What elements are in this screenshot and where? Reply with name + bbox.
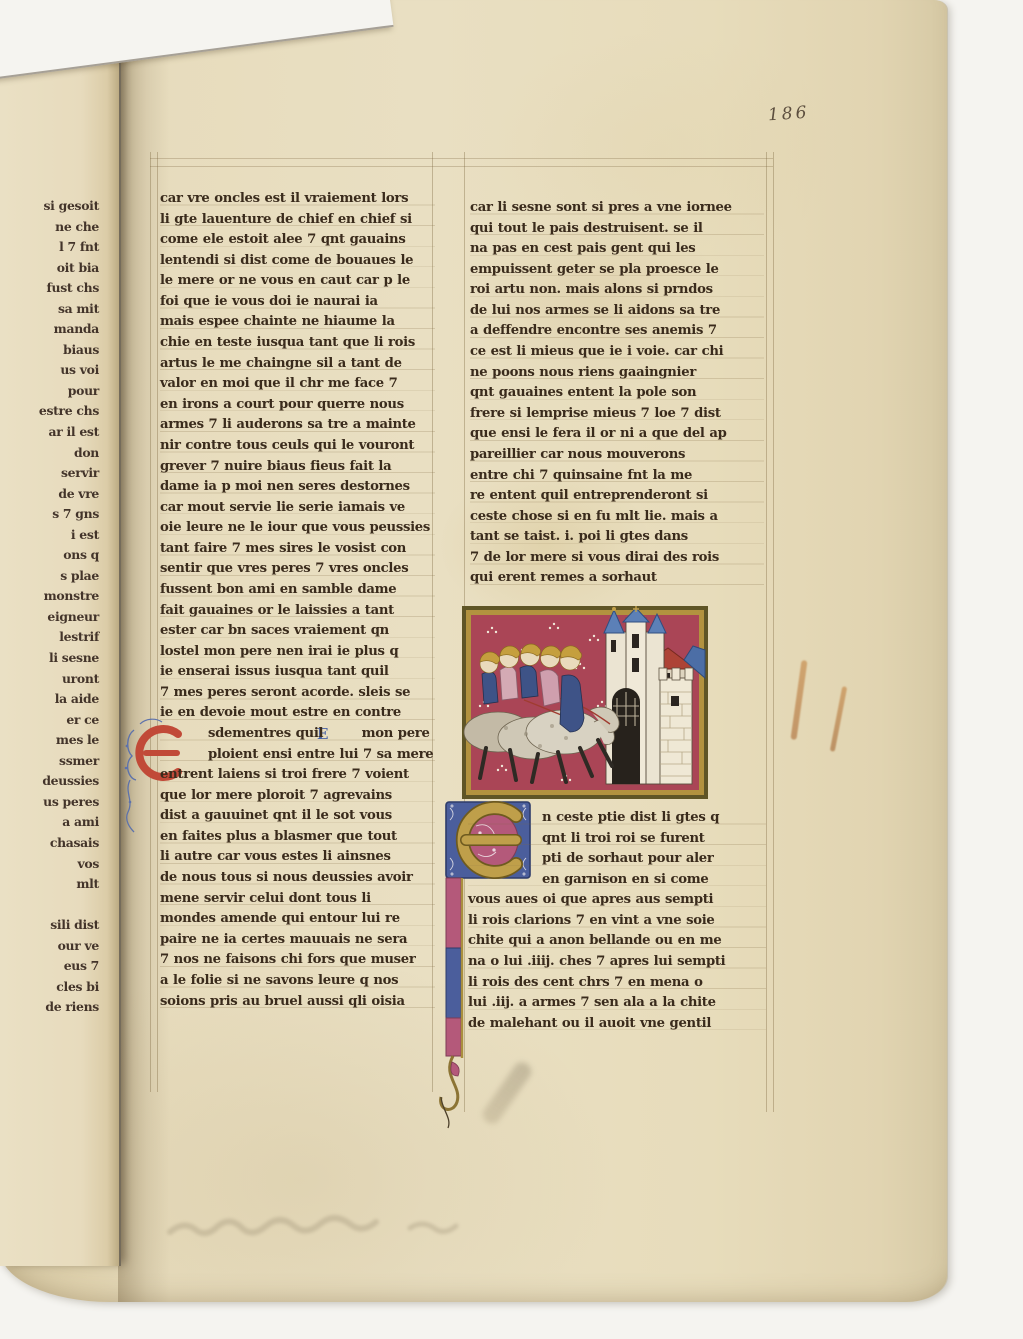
text-fragment: s 7 gns <box>0 504 112 525</box>
text-line: roi artu non. mais alons si prndos <box>470 280 764 301</box>
column-2-upper-text: car li sesne sont si pres a vne iorneequ… <box>470 198 764 589</box>
text-line: soions pris au bruel aussi qli oisia <box>160 992 435 1013</box>
text-line: qnt li troi roi se furent <box>468 829 766 850</box>
folio-number: 186 <box>767 103 810 126</box>
text-line: n ceste ptie dist li gtes q <box>468 808 766 829</box>
text-line: li autre car vous estes li ainsnes <box>160 847 435 868</box>
text-line: de lui nos armes se li aidons sa tre <box>470 301 764 322</box>
text-line: 7 de lor mere si vous dirai des rois <box>470 548 764 569</box>
text-fragment: biaus <box>0 340 112 361</box>
text-fragment: us voi <box>0 360 112 381</box>
text-fragment: lestrif <box>0 627 112 648</box>
text-line: ceste chose si en fu mlt lie. mais a <box>470 507 764 528</box>
text-fragment: estre chs <box>0 401 112 422</box>
crenellated-tower <box>659 668 693 784</box>
text-fragment: ar il est <box>0 422 112 443</box>
text-line: en irons a court pour querre nous <box>160 395 435 416</box>
text-line: empuissent geter se pla proesce le <box>470 260 764 281</box>
text-line: mene servir celui dont tous li <box>160 889 435 910</box>
text-line: valor en moi que il chr me face 7 <box>160 374 435 395</box>
text-fragment: de riens <box>0 997 112 1018</box>
text-fragment: ne che <box>0 217 112 238</box>
miniature-riders-castle <box>462 606 708 799</box>
text-fragment: sa mit <box>0 299 112 320</box>
column-2-lower-text: n ceste ptie dist li gtes qqnt li troi r… <box>468 808 766 1034</box>
text-line: lui .iij. a armes 7 sen ala a la chite <box>468 993 766 1014</box>
text-fragment: s plae <box>0 566 112 587</box>
text-line: 7 mes peres seront acorde. sleis se <box>160 683 435 704</box>
text-line: ce est li mieus que ie i voie. car chi <box>470 342 764 363</box>
text-line: qui tout le pais destruisent. se il <box>470 219 764 240</box>
text-line: car mout servie lie serie iamais ve <box>160 498 435 519</box>
text-fragment: don <box>0 443 112 464</box>
previous-folio-edge: si gesoitne chel 7 fntoit biafust chssa … <box>0 40 121 1266</box>
text-line: li rois des cent chrs 7 en mena o <box>468 973 766 994</box>
text-line: lentendi si dist come de bouaues le <box>160 251 435 272</box>
text-line: entrent laiens si troi frere 7 voient <box>160 765 435 786</box>
text-fragment: chasais <box>0 833 112 854</box>
previous-folio-text-fragments: si gesoitne chel 7 fntoit biafust chssa … <box>0 196 112 1018</box>
text-line: qnt gauaines entent la pole son <box>470 383 764 404</box>
text-line: nir contre tous ceuls qui le vouront <box>160 436 435 457</box>
text-fragment: la aide <box>0 689 112 710</box>
text-line: qui erent remes a sorhaut <box>470 568 764 589</box>
text-line: car li sesne sont si pres a vne iornee <box>470 198 764 219</box>
text-fragment: manda <box>0 319 112 340</box>
text-line: ploient ensi entre lui 7 sa mere <box>160 745 435 766</box>
text-line: paire ne ia certes mauuais ne sera <box>160 930 435 951</box>
text-line: le mere or ne vous en caut car p le <box>160 271 435 292</box>
text-line: fussent bon ami en samble dame <box>160 580 435 601</box>
text-line: re entent quil entreprenderont si <box>470 486 764 507</box>
ruling-line <box>150 166 773 167</box>
text-line: en garnison en si come <box>468 870 766 891</box>
text-fragment: eigneur <box>0 607 112 628</box>
text-fragment: us peres <box>0 792 112 813</box>
text-fragment: ssmer <box>0 751 112 772</box>
text-fragment: ons q <box>0 545 112 566</box>
text-fragment: eus 7 <box>0 956 112 977</box>
text-line: sentir que vres peres 7 vres oncles <box>160 559 435 580</box>
text-fragment: servir <box>0 463 112 484</box>
text-line: tant faire 7 mes sires le vosist con <box>160 539 435 560</box>
text-line: chite qui a anon bellande ou en me <box>468 931 766 952</box>
text-line: de malehant ou il auoit vne gentil <box>468 1014 766 1035</box>
text-line: entre chi 7 quinsaine fnt la me <box>470 466 764 487</box>
text-line: vous aues oi que apres aus sempti <box>468 890 766 911</box>
castle-gate <box>604 606 666 784</box>
text-line: oie leure ne le iour que vous peussies <box>160 518 435 539</box>
faint-inscription <box>160 1198 560 1258</box>
text-line: na o lui .iiij. ches 7 apres lui sempti <box>468 952 766 973</box>
text-line: pareillier car nous mouverons <box>470 445 764 466</box>
text-line: frere si lemprise mieus 7 loe 7 dist <box>470 404 764 425</box>
text-fragment: vos <box>0 854 112 875</box>
text-line: tant se taist. i. poi li gtes dans <box>470 527 764 548</box>
ruling-line <box>766 152 767 1112</box>
text-line: 7 nos ne faisons chi fors que muser <box>160 950 435 971</box>
bar-descender <box>441 878 462 1128</box>
text-line: na pas en cest pais gent qui les <box>470 239 764 260</box>
text-line: ie enserai issus iusqua tant quil <box>160 662 435 683</box>
ruling-line <box>150 152 151 1092</box>
text-line: chie en teste iusqua tant que li rois <box>160 333 435 354</box>
text-fragment: cles bi <box>0 977 112 998</box>
ruling-line <box>773 152 774 1112</box>
text-line: come ele estoit alee 7 qnt gauains <box>160 230 435 251</box>
text-line: ne poons nous riens gaaingnier <box>470 363 764 384</box>
text-line: mondes amende qui entour lui re <box>160 909 435 930</box>
text-line: pti de sorhaut pour aler <box>468 849 766 870</box>
text-fragment: oit bia <box>0 258 112 279</box>
text-fragment: i est <box>0 525 112 546</box>
text-fragment: monstre <box>0 586 112 607</box>
text-fragment: fust chs <box>0 278 112 299</box>
text-line: lostel mon pere nen irai ie plus q <box>160 642 435 663</box>
text-fragment <box>0 895 112 916</box>
text-line: ester car bn saces vraiement qn <box>160 621 435 642</box>
text-fragment: uront <box>0 669 112 690</box>
text-line: fait gauaines or le laissies a tant <box>160 601 435 622</box>
manuscript-scan: si gesoitne chel 7 fntoit biafust chssa … <box>0 0 1023 1339</box>
text-line: dame ia p moi nen seres destornes <box>160 477 435 498</box>
text-line: a deffendre encontre ses anemis 7 <box>470 321 764 342</box>
text-fragment: er ce <box>0 710 112 731</box>
column-1-upper-text: car vre oncles est il vraiement lorsli g… <box>160 189 435 724</box>
text-line: li rois clarions 7 en vint a vne soie <box>468 911 766 932</box>
text-line: artus le me chaingne sil a tant de <box>160 354 435 375</box>
text-line: ie en devoie mout estre en contre <box>160 703 435 724</box>
text-line: sdementres quil mon pere <box>160 724 435 745</box>
text-fragment: pour <box>0 381 112 402</box>
text-line: li gte lauenture de chief en chief si <box>160 210 435 231</box>
text-fragment: de vre <box>0 484 112 505</box>
text-line: en faites plus a blasmer que tout <box>160 827 435 848</box>
ruling-line <box>157 152 158 1092</box>
text-line: que lor mere ploroit 7 agrevains <box>160 786 435 807</box>
text-fragment: deussies <box>0 771 112 792</box>
text-line: armes 7 li auderons sa tre a mainte <box>160 415 435 436</box>
text-line: mais espee chainte ne hiaume la <box>160 312 435 333</box>
text-line: de nous tous si nous deussies avoir <box>160 868 435 889</box>
text-fragment: mes le <box>0 730 112 751</box>
text-fragment: l 7 fnt <box>0 237 112 258</box>
text-line: car vre oncles est il vraiement lors <box>160 189 435 210</box>
text-fragment: our ve <box>0 936 112 957</box>
text-fragment: sili dist <box>0 915 112 936</box>
column-1-lower-text: sdementres quil mon pereploient ensi ent… <box>160 724 435 1012</box>
text-fragment: a ami <box>0 812 112 833</box>
text-line: dist a gauuinet qnt il le sot vous <box>160 806 435 827</box>
ruling-line <box>150 158 773 159</box>
text-fragment: si gesoit <box>0 196 112 217</box>
text-line: foi que ie vous doi ie naurai ia <box>160 292 435 313</box>
text-line: grever 7 nuire biaus fieus fait la <box>160 457 435 478</box>
text-line: que ensi le fera il or ni a que del ap <box>470 424 764 445</box>
text-fragment: li sesne <box>0 648 112 669</box>
text-fragment: mlt <box>0 874 112 895</box>
text-line: a le folie si ne savons leure q nos <box>160 971 435 992</box>
